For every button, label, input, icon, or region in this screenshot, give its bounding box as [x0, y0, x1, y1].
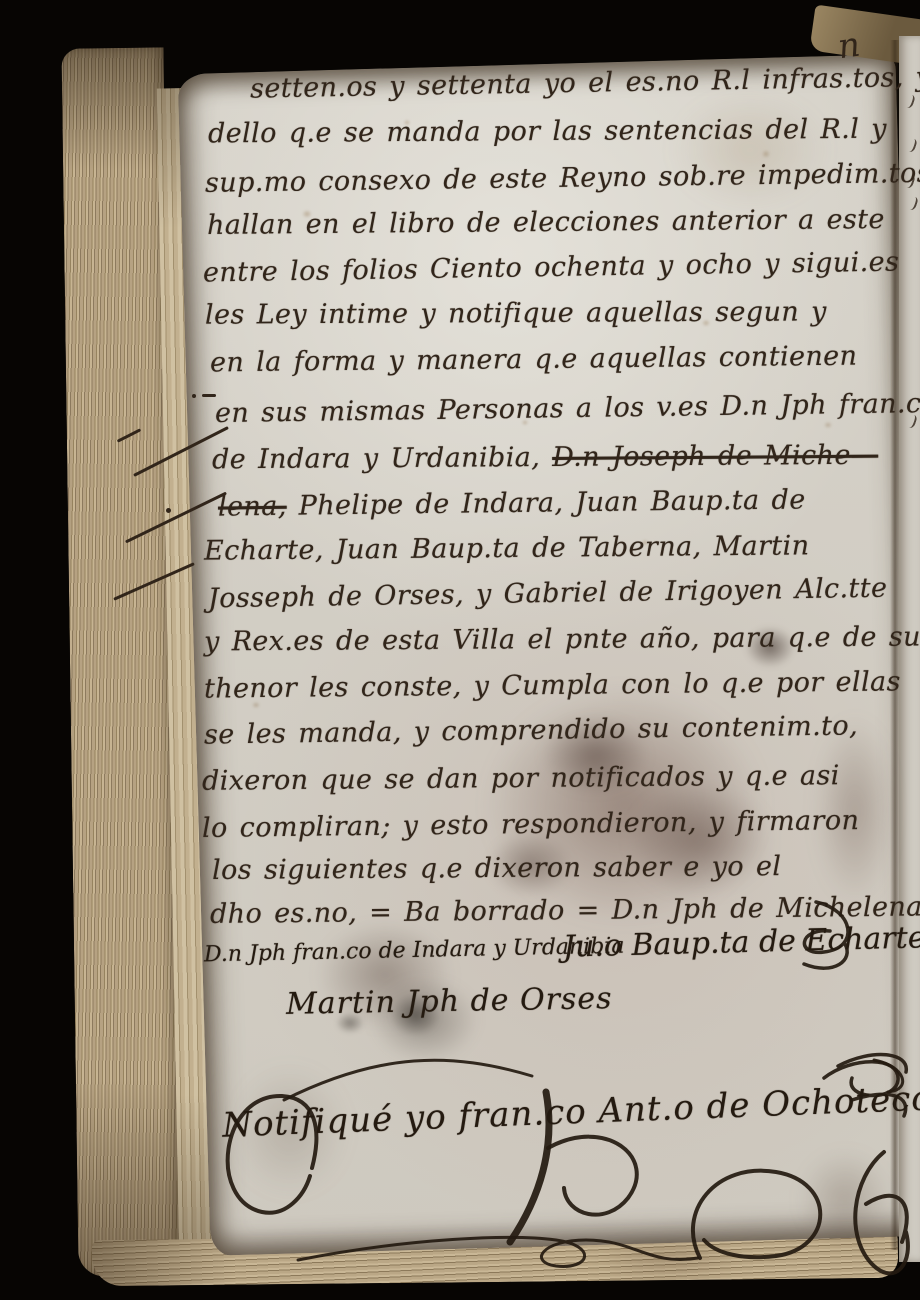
manuscript-line: y Rex.es de esta Villa el pnte año, para…: [204, 621, 920, 657]
line-text: y Rex.es de esta Villa el pnte año, para…: [204, 621, 920, 657]
manuscript-line: de Indara y Urdanibia, D.n Joseph de Mic…: [212, 440, 878, 476]
struck-text: lena,: [218, 491, 287, 523]
margin-dot: [166, 508, 171, 513]
facing-page-ink-fragment: [903, 137, 918, 154]
line-text: dello q.e se manda por las sentencias de…: [208, 114, 887, 150]
margin-dash: [202, 394, 216, 397]
line-text: Echarte, Juan Baup.ta de Taberna, Martin: [204, 530, 810, 566]
line-text: Phelipe de Indara, Juan Baup.ta de: [287, 484, 806, 521]
manuscript-line: les Ley intime y notifique aquellas segu…: [205, 296, 827, 330]
signature-orses: Martin Jph de Orses: [286, 981, 613, 1022]
manuscript-line: dixeron que se dan por notificados y q.e…: [202, 760, 840, 797]
line-text: los siguientes q.e dixeron saber e yo el: [212, 851, 782, 886]
line-text: hallan en el libro de elecciones anterio…: [207, 204, 885, 241]
struck-text: D.n Joseph de Miche—: [552, 440, 878, 473]
manuscript-line: dello q.e se manda por las sentencias de…: [208, 114, 887, 150]
margin-dot: [192, 394, 196, 398]
line-text: les Ley intime y notifique aquellas segu…: [205, 296, 827, 330]
manuscript-line: hallan en el libro de elecciones anterio…: [207, 204, 885, 241]
manuscript-line: Echarte, Juan Baup.ta de Taberna, Martin: [204, 530, 810, 566]
line-text: dixeron que se dan por notificados y q.e…: [202, 760, 840, 797]
facing-page-ink-fragment: [901, 93, 916, 110]
facing-page-ink-fragment: [904, 195, 919, 212]
line-text: de Indara y Urdanibia,: [212, 442, 552, 475]
photo-scene: setten.os y settenta yo el es.no R.l inf…: [0, 0, 920, 1300]
manuscript-line: los siguientes q.e dixeron saber e yo el: [212, 851, 782, 886]
